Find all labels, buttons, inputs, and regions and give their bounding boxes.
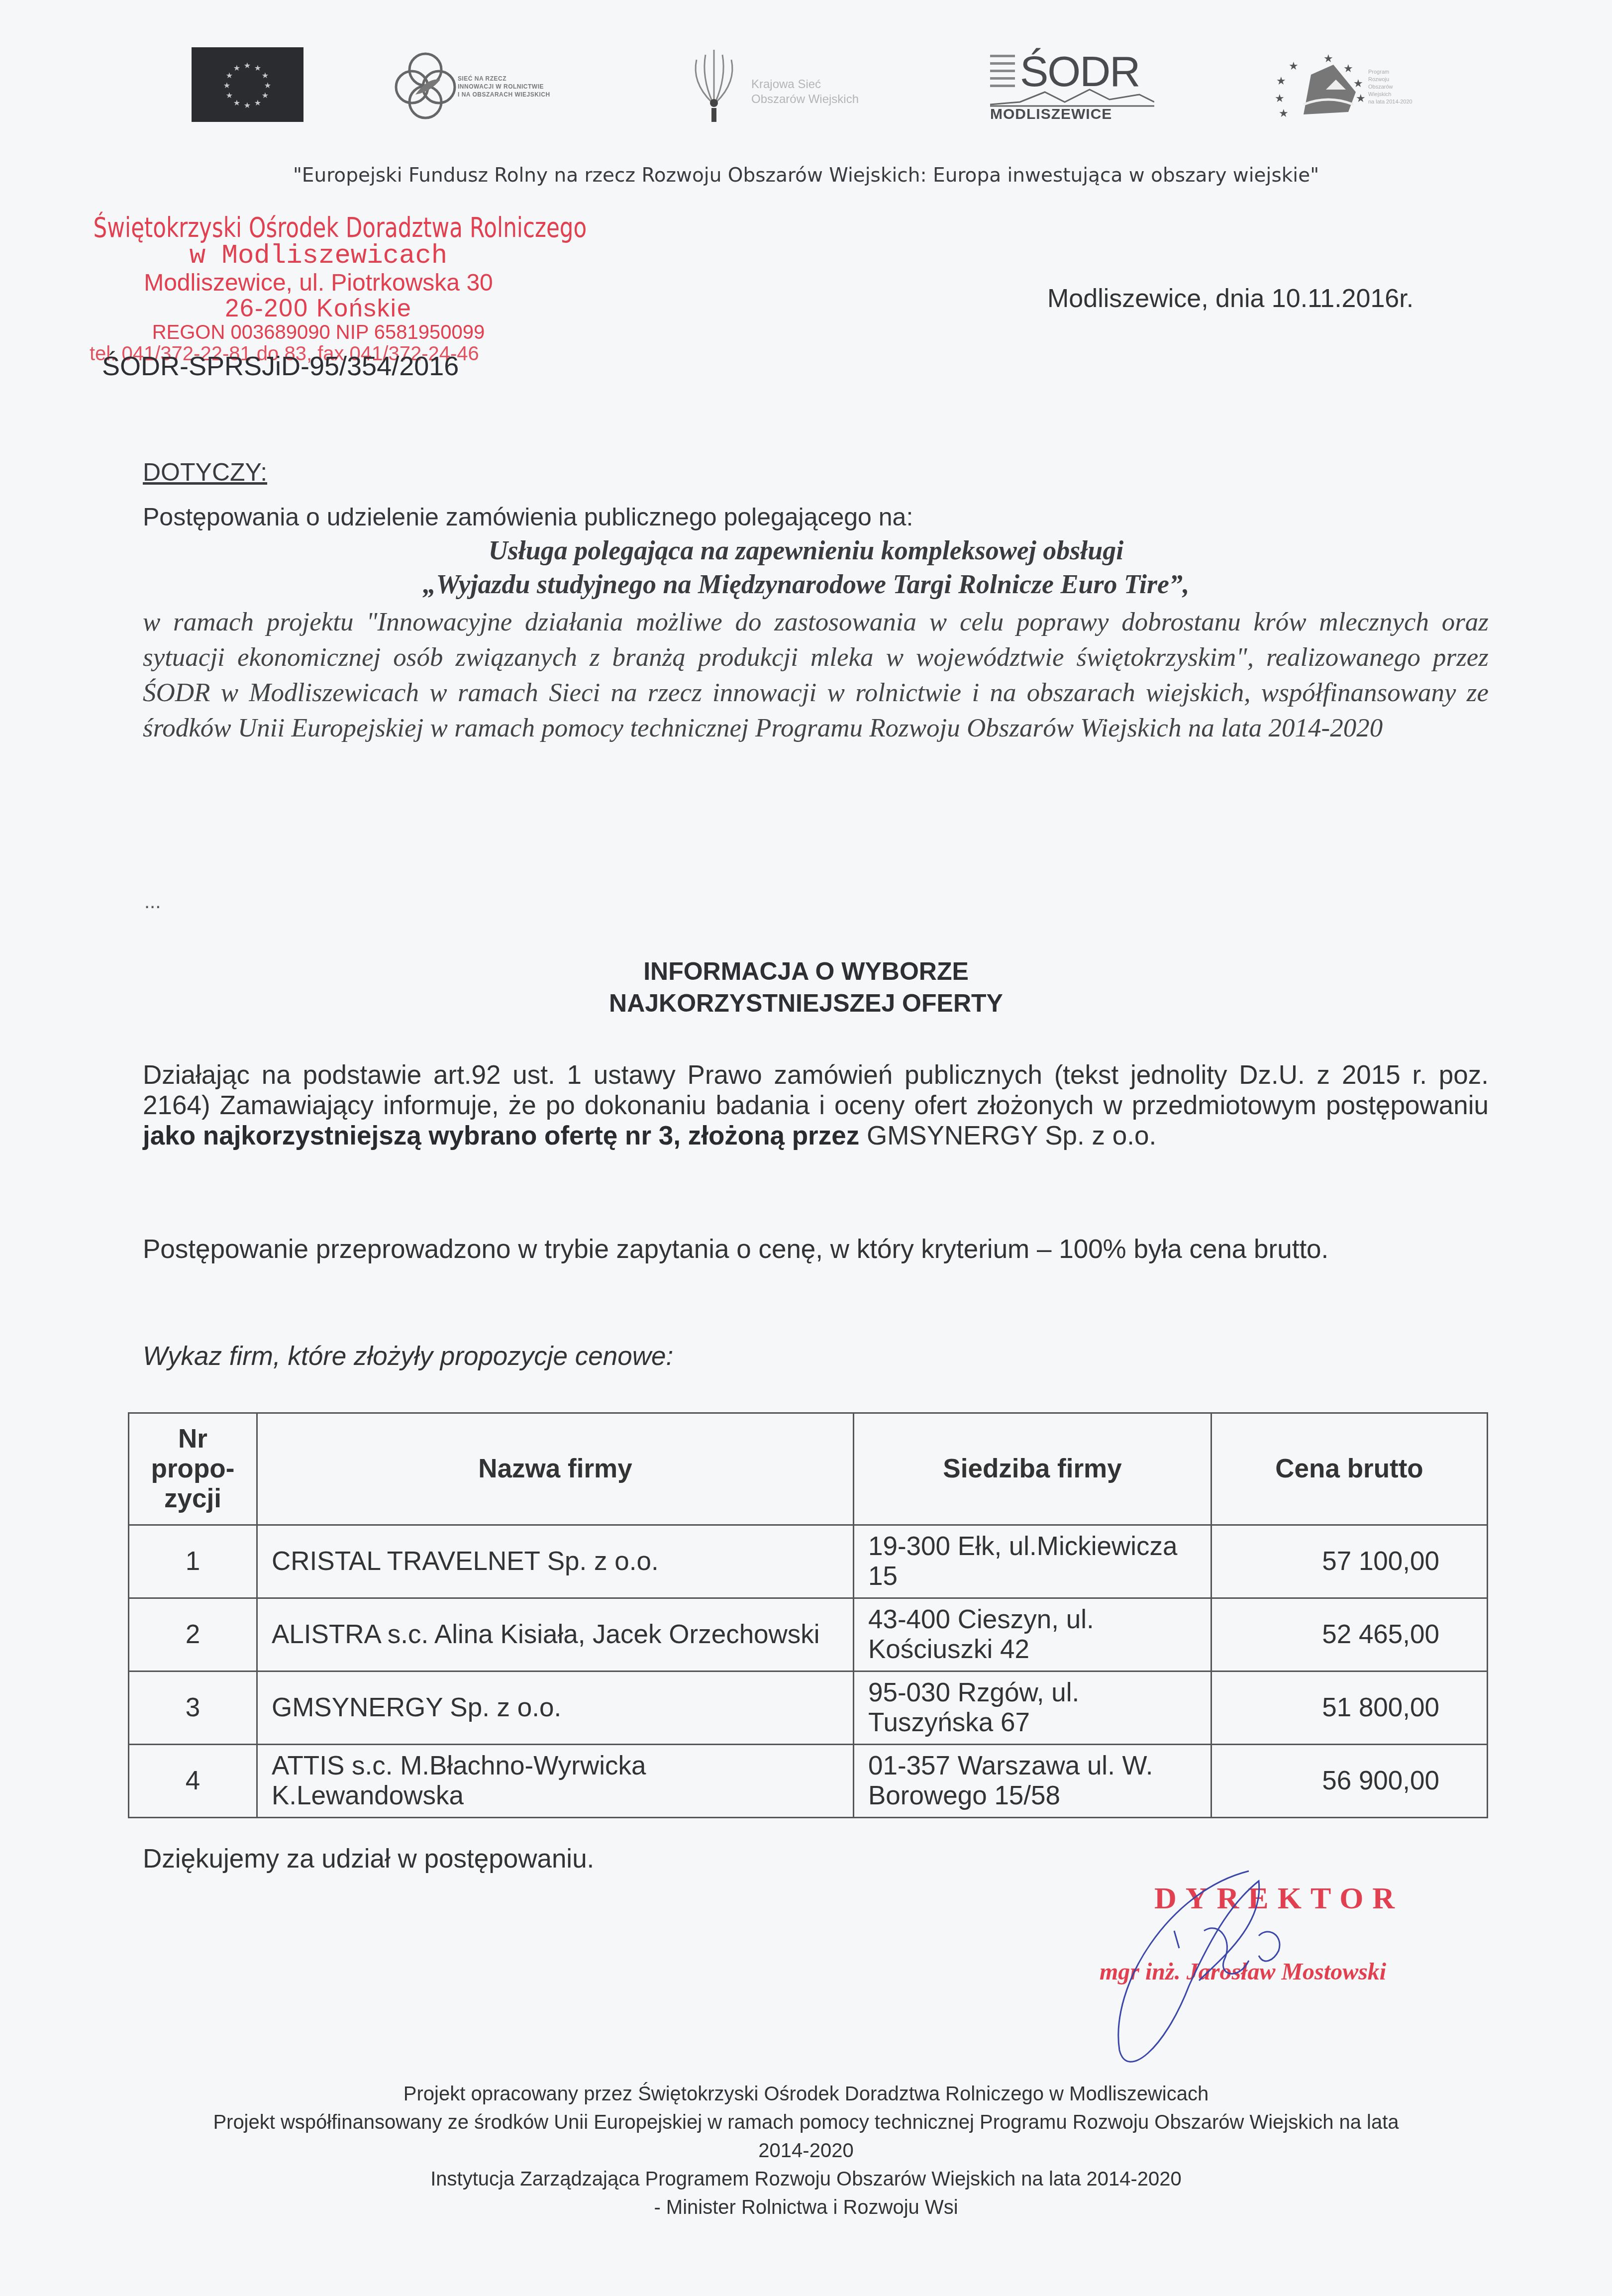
svg-text:★: ★ xyxy=(262,91,269,100)
svg-text:★: ★ xyxy=(1275,93,1285,105)
offer-number: 1 xyxy=(129,1525,257,1598)
director-signature-block: DYREKTOR mgr inż. Jarosław Mostowski xyxy=(1070,1861,1508,2070)
sodr-modliszewice-logo: ŚODR MODLISZEWICE xyxy=(990,47,1154,127)
procedure-paragraph: Postępowanie przeprowadzono w trybie zap… xyxy=(143,1234,1489,1264)
company-address: 19-300 Ełk, ul.Mickiewicza 15 xyxy=(854,1525,1211,1598)
svg-text:★: ★ xyxy=(244,101,251,110)
footer: Projekt opracowany przez Świętokrzyski O… xyxy=(0,2080,1612,2222)
header-nr: Nrpropo-zycji xyxy=(129,1413,257,1525)
offers-table: Nrpropo-zycji Nazwa firmy Siedziba firmy… xyxy=(128,1412,1488,1818)
offers-list-intro: Wykaz firm, które złożyły propozycje cen… xyxy=(143,1341,673,1371)
handwritten-signature-icon xyxy=(1070,1861,1508,2070)
svg-text:★: ★ xyxy=(1356,93,1366,105)
company-name: ALISTRA s.c. Alina Kisiała, Jacek Orzech… xyxy=(257,1598,854,1671)
fund-motto: "Europejski Fundusz Rolny na rzecz Rozwo… xyxy=(0,164,1612,187)
svg-text:★: ★ xyxy=(1279,107,1289,119)
ksow-innovation-logo: SIEĆ NA RZECZ INNOWACJI W ROLNICTWIE I N… xyxy=(393,47,602,122)
company-name: GMSYNERGY Sp. z o.o. xyxy=(257,1671,854,1745)
mountain-line-icon xyxy=(990,87,1154,107)
document-date: Modliszewice, dnia 10.11.2016r. xyxy=(1047,284,1413,313)
company-name: CRISTAL TRAVELNET Sp. z o.o. xyxy=(257,1525,854,1598)
krajowa-siec-logo-text: Krajowa Sieć Obszarów Wiejskich xyxy=(751,77,859,107)
svg-text:★: ★ xyxy=(226,71,233,80)
svg-text:★: ★ xyxy=(264,81,271,90)
table-header-row: Nrpropo-zycji Nazwa firmy Siedziba firmy… xyxy=(129,1413,1488,1525)
table-row: 2ALISTRA s.c. Alina Kisiała, Jacek Orzec… xyxy=(129,1598,1488,1671)
company-name: ATTIS s.c. M.Błachno-Wyrwicka K.Lewandow… xyxy=(257,1745,854,1818)
svg-text:★: ★ xyxy=(1343,63,1353,75)
reference-number: ŚODR-SPRSJiD-95/354/2016 xyxy=(102,351,459,382)
thanks-text: Dziękujemy za udział w postępowaniu. xyxy=(143,1844,594,1874)
stamp-line-name: Świętokrzyski Ośrodek Doradztwa Rolnicze… xyxy=(94,211,544,244)
offer-number: 3 xyxy=(129,1671,257,1745)
subject-intro: Postępowania o udzielenie zamówienia pub… xyxy=(143,503,913,531)
subject-label: DOTYCZY: xyxy=(143,458,267,487)
gross-price: 57 100,00 xyxy=(1211,1525,1488,1598)
svg-text:★: ★ xyxy=(233,63,240,73)
svg-text:★: ★ xyxy=(254,98,261,107)
prow-logo: ★★★★ ★★★★ Program Rozwoju Obszarów Wiejs… xyxy=(1274,45,1453,119)
eu-stars-icon: ★★★ ★★★ ★★★ ★★★ xyxy=(192,47,303,122)
gross-price: 51 800,00 xyxy=(1211,1671,1488,1745)
svg-text:★: ★ xyxy=(1289,60,1299,73)
stamp-line-address: Modliszewice, ul. Piotrkowska 30 xyxy=(90,269,547,297)
table-row: 1CRISTAL TRAVELNET Sp. z o.o.19-300 Ełk,… xyxy=(129,1525,1488,1598)
gross-price: 56 900,00 xyxy=(1211,1745,1488,1818)
ksow-logo-text: SIEĆ NA RZECZ INNOWACJI W ROLNICTWIE I N… xyxy=(458,75,550,99)
stamp-line-city: 26-200 Końskie xyxy=(90,294,547,322)
ellipsis: ... xyxy=(144,891,161,913)
header-address: Siedziba firmy xyxy=(854,1413,1211,1525)
svg-text:★: ★ xyxy=(1323,53,1333,65)
svg-text:★: ★ xyxy=(226,91,233,100)
header-price: Cena brutto xyxy=(1211,1413,1488,1525)
svg-text:★: ★ xyxy=(223,81,230,90)
prow-house-stars-icon: ★★★★ ★★★★ xyxy=(1274,45,1368,119)
company-address: 95-030 Rzgów, ul. Tuszyńska 67 xyxy=(854,1671,1211,1745)
svg-text:★: ★ xyxy=(244,61,251,70)
svg-text:★: ★ xyxy=(233,98,240,107)
institution-stamp: Świętokrzyski Ośrodek Doradztwa Rolnicze… xyxy=(90,211,547,365)
offer-number: 2 xyxy=(129,1598,257,1671)
project-description: w ramach projektu "Innowacyjne działania… xyxy=(143,605,1489,746)
service-title-line2: „Wyjazdu studyjnego na Międzynarodowe Ta… xyxy=(0,569,1612,600)
svg-text:★: ★ xyxy=(254,63,261,73)
krajowa-siec-logo: Krajowa Sieć Obszarów Wiejskich xyxy=(682,47,901,122)
stamp-line-ids: REGON 003689090 NIP 6581950099 xyxy=(90,321,547,344)
header-name: Nazwa firmy xyxy=(257,1413,854,1525)
svg-text:★: ★ xyxy=(1276,75,1286,88)
company-address: 43-400 Cieszyn, ul. Kościuszki 42 xyxy=(854,1598,1211,1671)
wheat-torch-icon xyxy=(682,47,751,122)
stamp-line-location: w Modliszewicach xyxy=(90,241,547,271)
table-row: 4ATTIS s.c. M.Błachno-Wyrwicka K.Lewando… xyxy=(129,1745,1488,1818)
svg-text:★: ★ xyxy=(1353,78,1363,90)
decision-paragraph: Działając na podstawie art.92 ust. 1 ust… xyxy=(143,1060,1489,1151)
eu-flag-logo: ★★★ ★★★ ★★★ ★★★ xyxy=(192,47,303,122)
prow-logo-text: Program Rozwoju Obszarów Wiejskich na la… xyxy=(1368,69,1412,106)
table-row: 3GMSYNERGY Sp. z o.o.95-030 Rzgów, ul. T… xyxy=(129,1671,1488,1745)
company-address: 01-357 Warszawa ul. W. Borowego 15/58 xyxy=(854,1745,1211,1818)
svg-text:★: ★ xyxy=(262,71,269,80)
gross-price: 52 465,00 xyxy=(1211,1598,1488,1671)
decision-highlight: jako najkorzystniejszą wybrano ofertę nr… xyxy=(143,1121,859,1150)
knot-emblem-icon xyxy=(393,47,458,122)
offer-number: 4 xyxy=(129,1745,257,1818)
document-title: INFORMACJA O WYBORZE NAJKORZYSTNIEJSZEJ … xyxy=(0,955,1612,1019)
service-title-line1: Usługa polegająca na zapewnieniu komplek… xyxy=(0,535,1612,566)
